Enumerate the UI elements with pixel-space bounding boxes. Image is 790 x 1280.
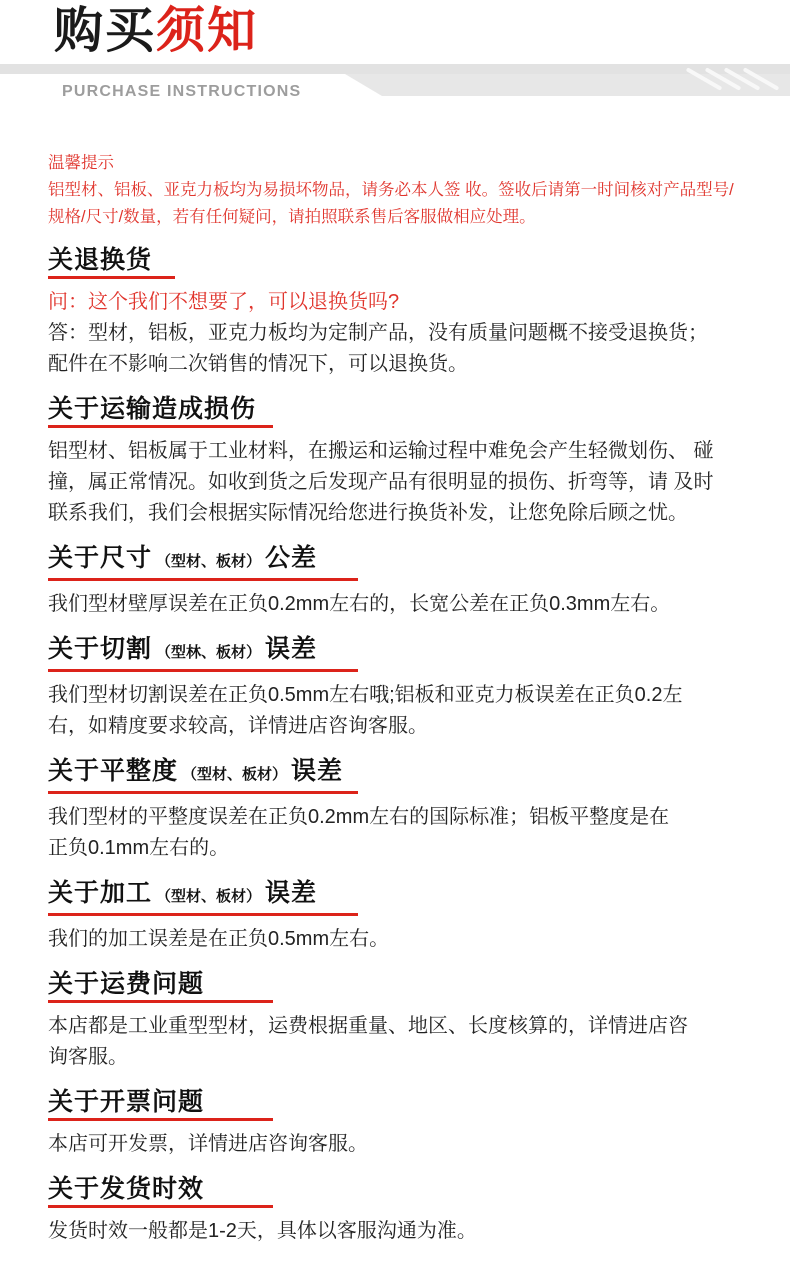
section-body: 本店可开发票，详情进店咨询客服。 [48,1129,745,1160]
section-title: 关于发货时效 [48,1176,273,1208]
section-body: 铝型材、铝板属于工业材料，在搬运和运输过程中难免会产生轻微划伤、 碰 撞，属正常… [48,436,745,529]
section-title-main: 关于运费问题 [48,970,204,998]
section-body: 答：型材，铝板，亚克力板均为定制产品，没有质量问题概不接受退换货； 配件在不影响… [48,318,745,380]
section-question: 问：这个我们不想要了，可以退换货吗? [48,287,745,318]
section-title-tail: 误差 [291,757,343,785]
section-title-main: 关于发货时效 [48,1175,204,1203]
notice-text: 铝型材、铝板、亚克力板均为易损坏物品，请务必本人签 收。签收后请第一时间核对产品… [48,177,745,231]
section-shipping-damage: 关于运输造成损伤 铝型材、铝板属于工业材料，在搬运和运输过程中难免会产生轻微划伤… [48,396,745,529]
purchase-instructions-page: 购买须知 PURCHASE INSTRUCTIONS 温馨提示 铝型材、铝板、亚… [0,0,790,1247]
section-title-main: 关于开票问题 [48,1088,204,1116]
section-cutting-tolerance: 关于切割（型林、板材）误差 我们型材切割误差在正负0.5mm左右哦;铝板和亚克力… [48,636,745,742]
page-header: 购买须知 PURCHASE INSTRUCTIONS [0,0,790,94]
section-title-main: 关于平整度 [48,757,178,785]
section-machining-tolerance: 关于加工（型材、板材）误差 我们的加工误差是在正负0.5mm左右。 [48,880,745,955]
page-title: 购买须知 [54,2,258,60]
notice-label: 温馨提示 [48,150,745,177]
page-title-black: 购买 [54,4,156,58]
page-subtitle: PURCHASE INSTRUCTIONS [62,83,301,101]
section-body: 我们型材的平整度误差在正负0.2mm左右的国际标准；铝板平整度是在 正负0.1m… [48,802,745,864]
section-body: 我们型材壁厚误差在正负0.2mm左右的，长宽公差在正负0.3mm左右。 [48,589,745,620]
section-title: 关于平整度（型材、板材）误差 [48,758,358,794]
section-title-tail: 误差 [265,879,317,907]
section-title: 关于加工（型材、板材）误差 [48,880,358,916]
section-body: 本店都是工业重型型材，运费根据重量、地区、长度核算的，详情进店咨 询客服。 [48,1011,745,1073]
content: 温馨提示 铝型材、铝板、亚克力板均为易损坏物品，请务必本人签 收。签收后请第一时… [0,150,790,1247]
section-size-tolerance: 关于尺寸（型材、板材）公差 我们型材壁厚误差在正负0.2mm左右的，长宽公差在正… [48,545,745,620]
section-shipping-fee: 关于运费问题 本店都是工业重型型材，运费根据重量、地区、长度核算的，详情进店咨 … [48,971,745,1073]
section-return-policy: 关退换货 问：这个我们不想要了，可以退换货吗? 答：型材，铝板，亚克力板均为定制… [48,247,745,380]
section-title-small: （型材、板材） [156,888,261,905]
section-body: 我们型材切割误差在正负0.5mm左右哦;铝板和亚克力板误差在正负0.2左 右，如… [48,680,745,742]
sections-list: 关退换货 问：这个我们不想要了，可以退换货吗? 答：型材，铝板，亚克力板均为定制… [48,247,745,1247]
section-title-small: （型材、板材） [156,553,261,570]
header-band [0,64,790,74]
section-body: 我们的加工误差是在正负0.5mm左右。 [48,924,745,955]
section-title-main: 关于加工 [48,879,152,907]
section-title-main: 关退换货 [48,246,152,274]
section-title: 关于切割（型林、板材）误差 [48,636,358,672]
section-title-main: 关于切割 [48,635,152,663]
section-title-small: （型林、板材） [156,644,261,661]
section-title: 关于开票问题 [48,1089,273,1121]
section-title-tail: 误差 [265,635,317,663]
section-title-small: （型材、板材） [182,766,287,783]
page-title-red: 须知 [156,4,258,58]
section-title: 关退换货 [48,247,175,279]
section-flatness-tolerance: 关于平整度（型材、板材）误差 我们型材的平整度误差在正负0.2mm左右的国际标准… [48,758,745,864]
warm-notice: 温馨提示 铝型材、铝板、亚克力板均为易损坏物品，请务必本人签 收。签收后请第一时… [48,150,745,231]
section-title-main: 关于尺寸 [48,544,152,572]
section-invoice: 关于开票问题 本店可开发票，详情进店咨询客服。 [48,1089,745,1160]
section-delivery-time: 关于发货时效 发货时效一般都是1-2天，具体以客服沟通为准。 [48,1176,745,1247]
section-body: 发货时效一般都是1-2天，具体以客服沟通为准。 [48,1216,745,1247]
section-title: 关于运费问题 [48,971,273,1003]
section-title: 关于运输造成损伤 [48,396,273,428]
header-band-panel [345,74,790,96]
section-title-main: 关于运输造成损伤 [48,395,256,423]
section-title: 关于尺寸（型材、板材）公差 [48,545,358,581]
section-title-tail: 公差 [265,544,317,572]
